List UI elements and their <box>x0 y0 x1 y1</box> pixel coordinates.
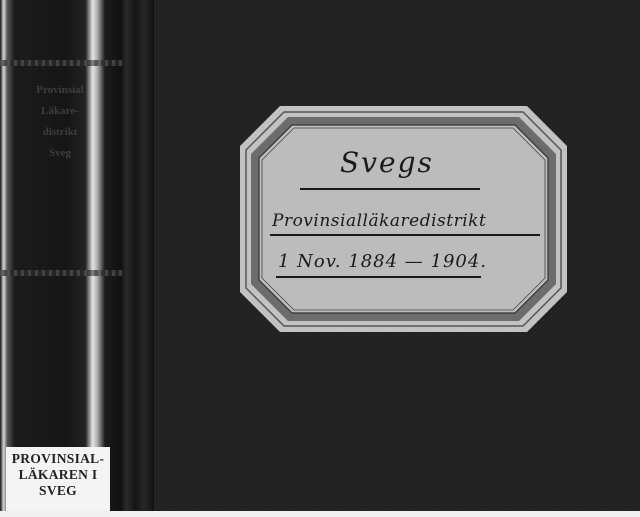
underline <box>270 234 540 236</box>
spine-label-line: PROVINSIAL- <box>6 451 110 467</box>
spine-text-line: Läkare- <box>30 101 90 122</box>
spine-band-bottom <box>0 270 122 276</box>
scan-edge-strip <box>0 511 640 517</box>
cover-paper-label: Svegs Provinsialläkaredistrikt 1 Nov. 18… <box>240 106 567 332</box>
spine-band-top <box>0 60 122 66</box>
label-handwriting-dates: 1 Nov. 1884 — 1904. <box>278 251 487 272</box>
spine-paper-label: PROVINSIAL- LÄKAREN I SVEG <box>6 447 110 511</box>
book-spine: Provinsial Läkare- distrikt Sveg PROVINS… <box>0 0 122 511</box>
underline <box>300 188 480 190</box>
label-handwriting-place: Svegs <box>340 146 434 179</box>
underline <box>276 276 481 278</box>
spine-text-line: Provinsial <box>30 80 90 101</box>
label-handwriting-district: Provinsialläkaredistrikt <box>272 211 486 231</box>
spine-text-line: distrikt <box>30 122 90 143</box>
archival-book-photo: Provinsial Läkare- distrikt Sveg PROVINS… <box>0 0 640 517</box>
book-hinge <box>120 0 154 511</box>
spine-text-line: Sveg <box>30 143 90 164</box>
spine-label-line: SVEG <box>6 483 110 499</box>
spine-label-line: LÄKAREN I <box>6 467 110 483</box>
spine-embossed-title: Provinsial Läkare- distrikt Sveg <box>30 80 90 164</box>
